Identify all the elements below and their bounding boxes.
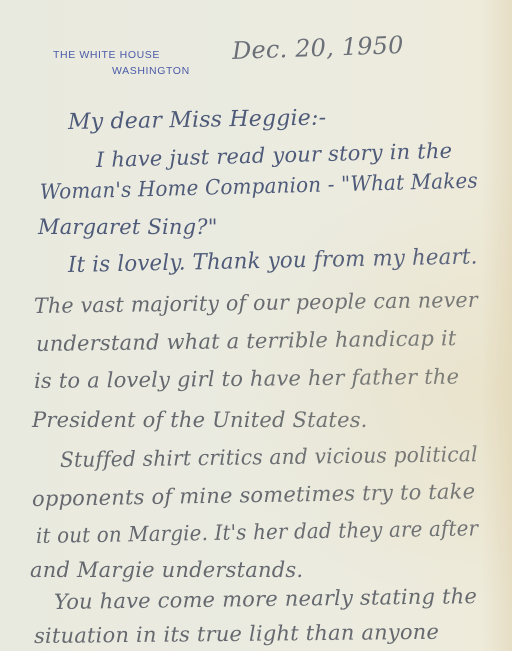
body-line: is to a lovely girl to have her father t… — [34, 367, 459, 392]
body-line: I have just read your story in the — [96, 141, 453, 171]
body-line: Margaret Sing?" — [38, 217, 218, 238]
letterhead-city: WASHINGTON — [112, 66, 190, 77]
body-line: opponents of mine sometimes try to take — [32, 481, 476, 510]
body-line: understand what a terrible handicap it — [36, 328, 457, 355]
body-line: situation in its true light than anyone — [34, 622, 439, 647]
body-line: President of the United States. — [32, 410, 368, 431]
letterhead-title: THE WHITE HOUSE — [53, 50, 160, 61]
body-line: The vast majority of our people can neve… — [34, 290, 478, 317]
letter-date: Dec. 20, 1950 — [232, 33, 404, 63]
letter-page: THE WHITE HOUSE WASHINGTON Dec. 20, 1950… — [0, 0, 512, 651]
body-line: It is lovely. Thank you from my heart. — [68, 246, 478, 277]
salutation: My dear Miss Heggie:- — [68, 107, 327, 134]
body-line: and Margie understands. — [30, 560, 303, 581]
body-line: Woman's Home Companion - "What Makes — [40, 171, 478, 203]
body-line: Stuffed shirt critics and vicious politi… — [60, 444, 478, 471]
body-line: You have come more nearly stating the — [54, 586, 477, 613]
body-line: it out on Margie. It's her dad they are … — [36, 518, 479, 547]
